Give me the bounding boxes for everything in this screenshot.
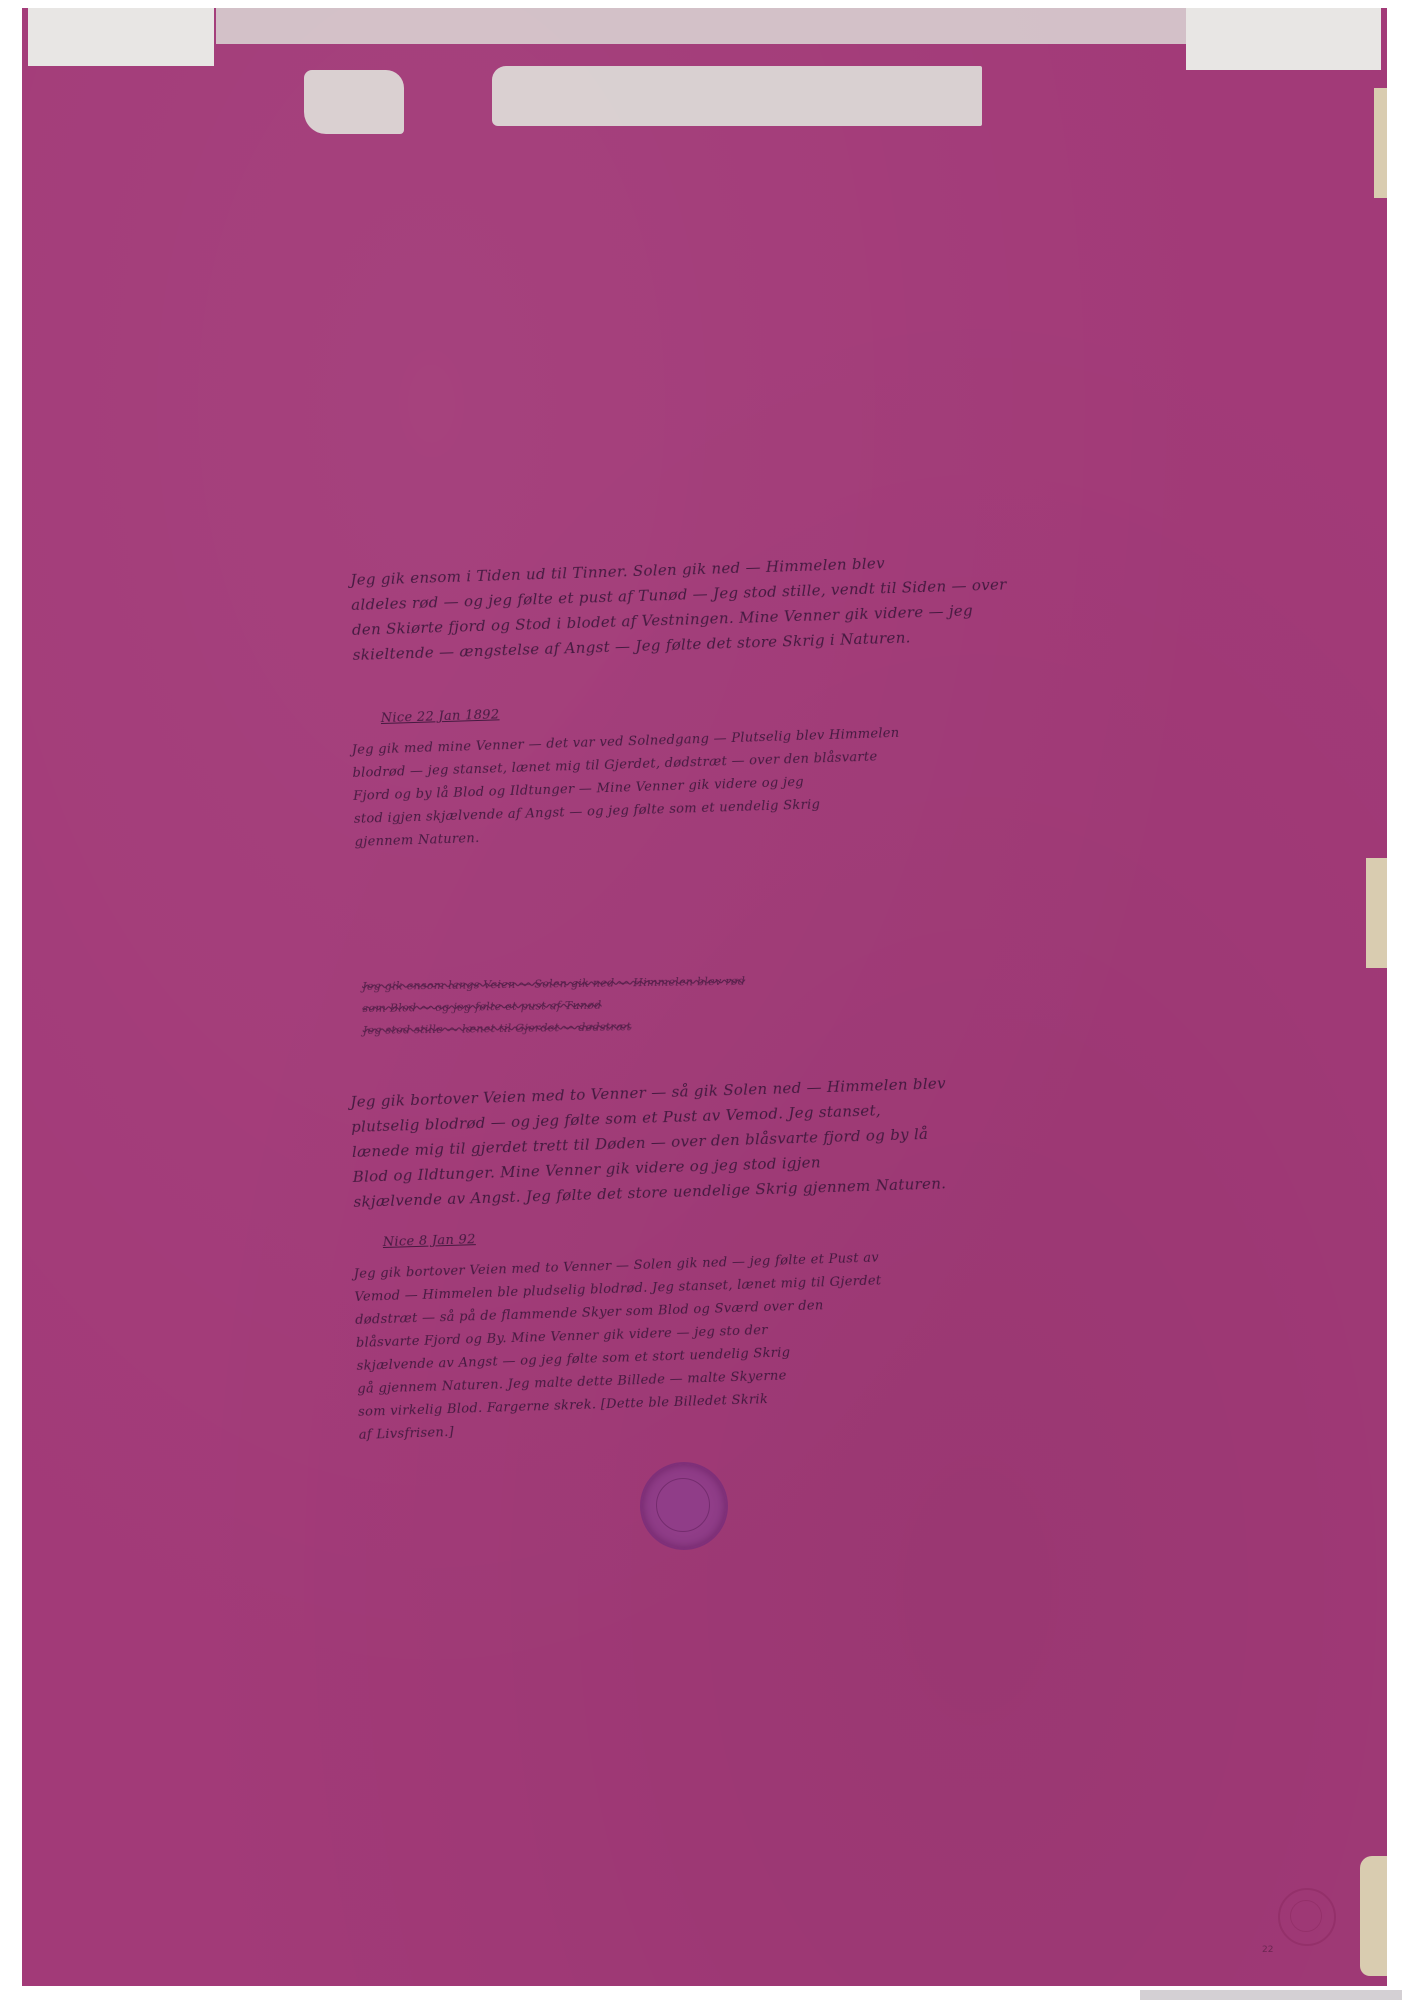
tape-remnant-center xyxy=(492,66,982,126)
corner-stamp-icon xyxy=(1278,1888,1336,1946)
scan-edge-strip xyxy=(1140,1990,1402,2000)
crossed-out-line: Jeg stod stille — lænet til Gjerdet — dø… xyxy=(363,1015,746,1042)
handwritten-block-5: Nice 8 Jan 92 Jeg gik bortover Veien med… xyxy=(352,1201,886,1446)
edge-damage-upper-right xyxy=(1374,88,1387,198)
tape-top-right xyxy=(1186,8,1381,70)
edge-damage-mid-right xyxy=(1366,858,1387,968)
tape-remnant-left xyxy=(304,70,404,134)
handwritten-block-2: Nice 22 Jan 1892 Jeg gik med mine Venner… xyxy=(350,677,903,854)
tape-top-strip xyxy=(216,8,1206,44)
stamp-inner-ring xyxy=(1290,1900,1322,1932)
library-seal-icon xyxy=(640,1462,728,1550)
handwritten-block-3-crossed-out: Jeg gik ensom langs Veien — Solen gik ne… xyxy=(362,971,746,1042)
tape-top-left xyxy=(28,8,214,66)
seal-inner-ring xyxy=(656,1478,710,1532)
pencil-note: 22 xyxy=(1262,1945,1273,1955)
manuscript-sheet: Jeg gik ensom i Tiden ud til Tinner. Sol… xyxy=(22,8,1387,1986)
edge-damage-lower-right xyxy=(1360,1856,1387,1976)
handwritten-block-4: Jeg gik bortover Veien med to Venner — s… xyxy=(350,1071,949,1215)
handwritten-block-1: Jeg gik ensom i Tiden ud til Tinner. Sol… xyxy=(350,547,1009,668)
